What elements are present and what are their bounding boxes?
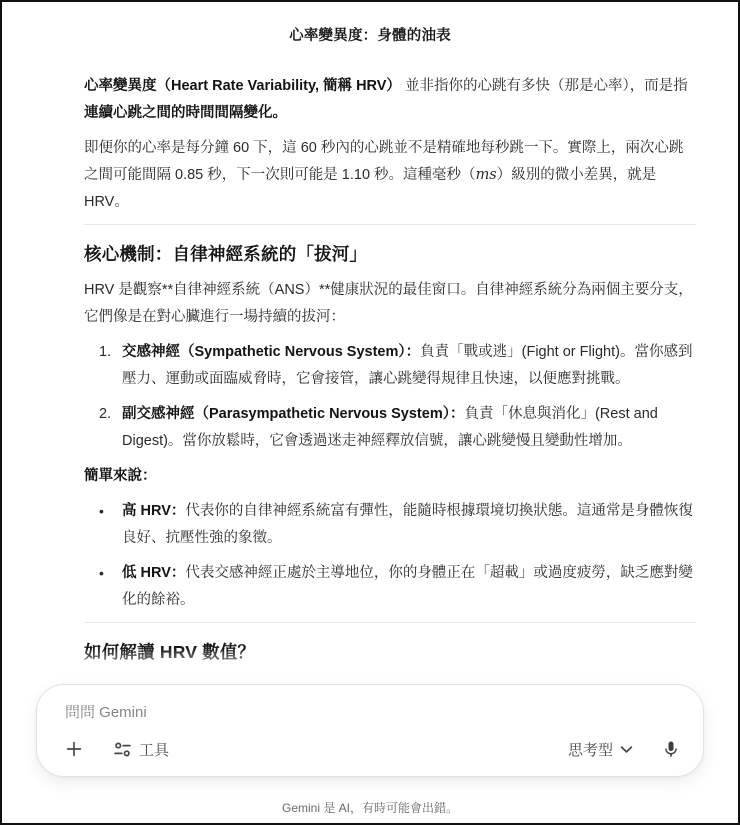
bullet-marker: •: [99, 560, 122, 614]
mic-button[interactable]: [657, 735, 685, 763]
interval-paragraph: 即便你的心率是每分鐘 60 下，這 60 秒內的心跳並不是精確地每秒跳一下。實際…: [84, 135, 696, 216]
model-selector[interactable]: 思考型: [564, 735, 637, 764]
model-label: 思考型: [568, 739, 613, 760]
list-item-parasympathetic: 2. 副交感神經（Parasympathetic Nervous System）…: [84, 401, 696, 455]
tools-button[interactable]: 工具: [109, 735, 173, 764]
add-button[interactable]: [59, 734, 89, 764]
ai-disclaimer: Gemini 是 AI，有時可能會出錯。: [2, 799, 738, 816]
numbered-list: 1. 交感神經（Sympathetic Nervous System）：負責「戰…: [84, 339, 696, 455]
bullet-item-high-hrv: • 高 HRV：代表你的自律神經系統富有彈性，能隨時根據環境切換狀態。這通常是身…: [84, 498, 696, 552]
assistant-response: 心率變異度（Heart Rate Variability, 簡稱 HRV） 並非…: [84, 73, 696, 729]
section1-heading: 核心機制：自律神經系統的「拔河」: [84, 243, 696, 265]
section-divider-1: [84, 224, 696, 225]
bullet-item-bold: 低 HRV：: [122, 565, 185, 581]
intro-middle: 並非指你的心跳有多快（那是心率），而是指: [401, 78, 688, 94]
chat-input[interactable]: 問問 Gemini: [65, 701, 147, 722]
chevron-down-icon: [620, 745, 633, 754]
bullet-item-text: 高 HRV：代表你的自律神經系統富有彈性，能隨時根據環境切換狀態。這通常是身體恢…: [122, 498, 696, 552]
list-number: 1.: [99, 339, 122, 393]
mic-icon: [661, 739, 681, 759]
section2-heading: 如何解讀 HRV 數值？: [84, 641, 696, 663]
list-item-text: 副交感神經（Parasympathetic Nervous System）：負責…: [122, 401, 696, 455]
list-item-bold: 副交感神經（Parasympathetic Nervous System）：: [122, 406, 464, 422]
intro-bold-tail: 連續心跳之間的時間間隔變化。: [84, 105, 287, 121]
tools-label: 工具: [139, 739, 169, 760]
simply-put-bold: 簡單來說：: [84, 468, 157, 484]
list-item-sympathetic: 1. 交感神經（Sympathetic Nervous System）：負責「戰…: [84, 339, 696, 393]
bullet-list: • 高 HRV：代表你的自律神經系統富有彈性，能隨時根據環境切換狀態。這通常是身…: [84, 498, 696, 614]
gemini-chat-window: { "header": { "title": "心率變異度：身體的油表" }, …: [0, 0, 740, 825]
bullet-item-low-hrv: • 低 HRV：代表交感神經正處於主導地位，你的身體正在「超載」或過度疲勞，缺乏…: [84, 560, 696, 614]
list-item-text: 交感神經（Sympathetic Nervous System）：負責「戰或逃」…: [122, 339, 696, 393]
conversation-title: 心率變異度：身體的油表: [2, 2, 738, 45]
bullet-item-body: 代表你的自律神經系統富有彈性，能隨時根據環境切換狀態。這通常是身體恢復良好、抗壓…: [122, 503, 693, 546]
list-number: 2.: [99, 401, 122, 455]
plus-icon: [63, 738, 85, 760]
math-ms: ms: [476, 167, 497, 183]
bullet-marker: •: [99, 498, 122, 552]
chat-input-box[interactable]: 問問 Gemini 工具 思考型: [36, 684, 704, 777]
tune-icon: [113, 740, 132, 759]
intro-paragraph: 心率變異度（Heart Rate Variability, 簡稱 HRV） 並非…: [84, 73, 696, 127]
simply-put-label: 簡單來說：: [84, 463, 696, 490]
section-divider-2: [84, 622, 696, 623]
bullet-item-text: 低 HRV：代表交感神經正處於主導地位，你的身體正在「超載」或過度疲勞，缺乏應對…: [122, 560, 696, 614]
section1-lead-paragraph: HRV 是觀察**自律神經系統（ANS）**健康狀況的最佳窗口。自律神經系統分為…: [84, 277, 696, 331]
composer-toolbar: 工具 思考型: [59, 734, 685, 764]
bullet-item-bold: 高 HRV：: [122, 503, 185, 519]
bullet-item-body: 代表交感神經正處於主導地位，你的身體正在「超載」或過度疲勞，缺乏應對變化的餘裕。: [122, 565, 693, 608]
intro-bold-lead: 心率變異度（Heart Rate Variability, 簡稱 HRV）: [84, 78, 401, 94]
list-item-bold: 交感神經（Sympathetic Nervous System）：: [122, 344, 420, 360]
